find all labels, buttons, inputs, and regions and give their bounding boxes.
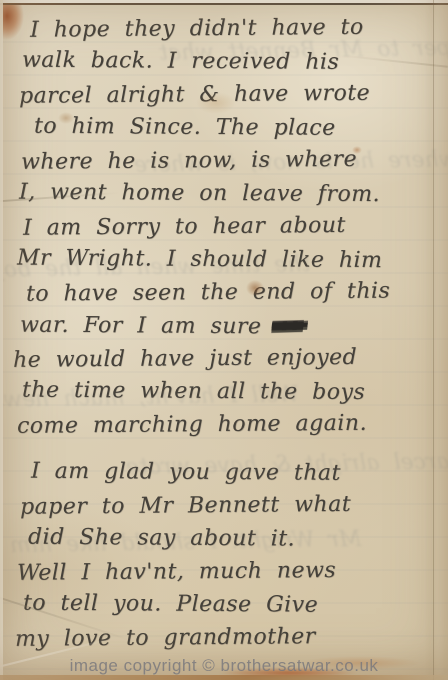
letter-line: to tell you. Please Give bbox=[0, 586, 448, 622]
letter-line-text: to tell you. Please Give bbox=[23, 591, 318, 618]
letter-line-text: parcel alright & have wrote bbox=[19, 81, 370, 109]
letter-photo: paper to Mr Bennett what where he is now… bbox=[0, 0, 448, 680]
letter-line-text: Mr Wright. I should like him bbox=[17, 246, 383, 274]
letter-line: my love to grandmother bbox=[0, 619, 448, 656]
letter-line: did She say about it. bbox=[0, 520, 448, 556]
letter-line-text: walk back. I received his bbox=[22, 48, 339, 75]
letter-line: parcel alright & have wrote bbox=[0, 76, 448, 113]
letter-line-text: I, went home on leave from. bbox=[19, 180, 380, 208]
letter-body: I hope they didn't have to walk back. I … bbox=[0, 12, 448, 654]
letter-line-text: Well I hav'nt, much news bbox=[17, 558, 336, 586]
letter-line-text: war. For I am sure bbox=[20, 313, 262, 340]
letter-line-text: paper to Mr Bennett what bbox=[20, 492, 351, 520]
letter-line-text: to him Since. The place bbox=[34, 114, 336, 141]
letter-line: war. For I am sure━━━ bbox=[0, 307, 448, 343]
letter-line: come marching home again. bbox=[0, 406, 448, 443]
paper-edge-left bbox=[0, 0, 3, 680]
letter-line: Well I hav'nt, much news bbox=[0, 553, 448, 590]
letter-line: paper to Mr Bennett what bbox=[0, 487, 448, 524]
letter-line: to have seen the end of this bbox=[0, 274, 448, 311]
letter-line-text: I am Sorry to hear about bbox=[23, 213, 346, 241]
letter-line-text: where he is now, is where bbox=[21, 147, 357, 175]
letter-line: to him Since. The place bbox=[0, 109, 448, 145]
paper-edge-right bbox=[433, 0, 434, 680]
letter-line-text: to have seen the end of this bbox=[26, 279, 391, 307]
letter-line: I am Sorry to hear about bbox=[0, 208, 448, 245]
letter-line-text: the time when all the boys bbox=[22, 378, 365, 405]
letter-line: he would have just enjoyed bbox=[0, 340, 448, 377]
letter-line-text: did She say about it. bbox=[28, 525, 295, 552]
copyright-watermark: image copyright © brothersatwar.co.uk bbox=[0, 656, 448, 676]
letter-line: the time when all the boys bbox=[0, 373, 448, 409]
letter-line: I hope they didn't have to bbox=[0, 10, 448, 47]
letter-line: Mr Wright. I should like him bbox=[0, 241, 448, 277]
letter-line-text: I hope they didn't have to bbox=[30, 15, 364, 43]
letter-line-text: he would have just enjoyed bbox=[13, 345, 357, 373]
letter-line: I am glad you gave that bbox=[0, 454, 448, 490]
letter-line: where he is now, is where bbox=[0, 142, 448, 179]
letter-line: walk back. I received his bbox=[0, 43, 448, 79]
paper-edge-top bbox=[0, 3, 448, 5]
letter-line: I, went home on leave from. bbox=[0, 175, 448, 211]
letter-line-text: come marching home again. bbox=[17, 411, 367, 439]
scribbled-out-word: ━━━ bbox=[270, 309, 305, 343]
letter-line-text: my love to grandmother bbox=[15, 624, 316, 652]
letter-line-text: I am glad you gave that bbox=[31, 459, 341, 486]
